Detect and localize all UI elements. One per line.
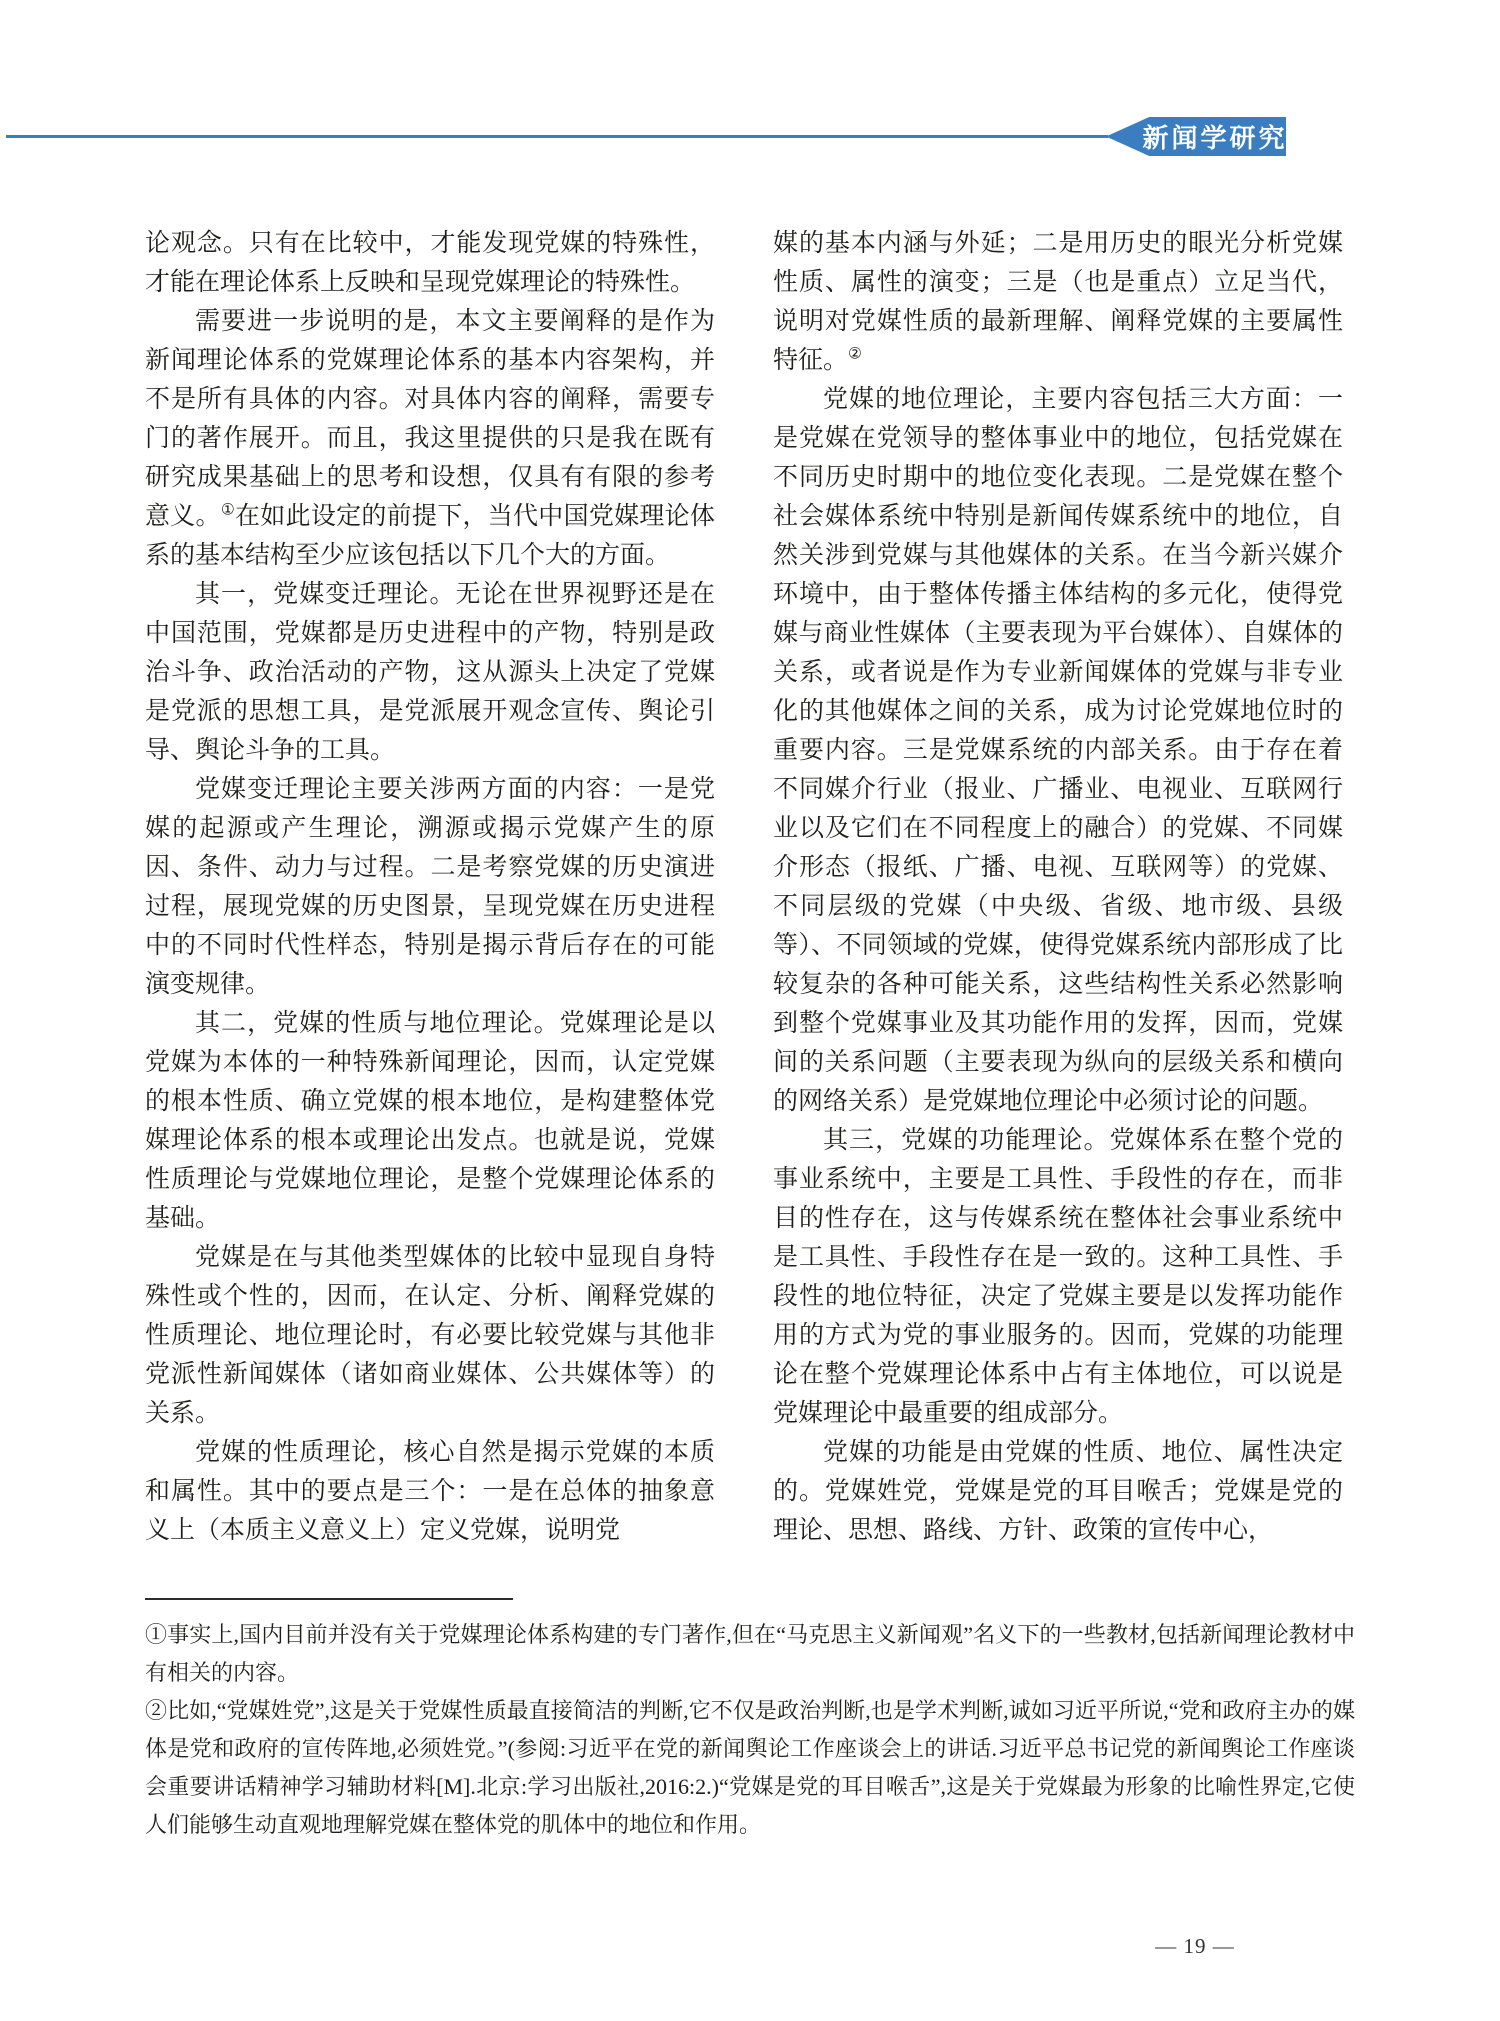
- body-paragraph: 党媒的性质理论，核心自然是揭示党媒的本质和属性。其中的要点是三个：一是在总体的抽…: [145, 1433, 715, 1550]
- right-column: 媒的基本内涵与外延；二是用历史的眼光分析党媒性质、属性的演变；三是（也是重点）立…: [773, 224, 1343, 1550]
- body-paragraph: 党媒的功能是由党媒的性质、地位、属性决定的。党媒姓党，党媒是党的耳目喉舌；党媒是…: [773, 1433, 1343, 1550]
- footnote-ref: ②: [848, 346, 862, 363]
- footnote-item: ①事实上,国内目前并没有关于党媒理论体系构建的专门著作,但在“马克思主义新闻观”…: [145, 1616, 1355, 1692]
- body-paragraph: 论观念。只有在比较中，才能发现党媒的特殊性，才能在理论体系上反映和呈现党媒理论的…: [145, 224, 715, 302]
- footnote-ref: ①: [221, 502, 235, 519]
- body-paragraph: 需要进一步说明的是，本文主要阐释的是作为新闻理论体系的党媒理论体系的基本内容架构…: [145, 302, 715, 575]
- footnotes: ①事实上,国内目前并没有关于党媒理论体系构建的专门著作,但在“马克思主义新闻观”…: [145, 1616, 1355, 1844]
- footnote-separator: [145, 1598, 513, 1600]
- section-badge-label: 新闻学研究: [1150, 117, 1280, 156]
- footnote-item: ②比如,“党媒姓党”,这是关于党媒性质最直接简洁的判断,它不仅是政治判断,也是学…: [145, 1692, 1355, 1844]
- article-body: 论观念。只有在比较中，才能发现党媒的特殊性，才能在理论体系上反映和呈现党媒理论的…: [145, 224, 1343, 1550]
- body-paragraph: 媒的基本内涵与外延；二是用历史的眼光分析党媒性质、属性的演变；三是（也是重点）立…: [773, 224, 1343, 380]
- body-paragraph: 其二，党媒的性质与地位理论。党媒理论是以党媒为本体的一种特殊新闻理论，因而，认定…: [145, 1004, 715, 1238]
- body-paragraph: 党媒的地位理论，主要内容包括三大方面：一是党媒在党领导的整体事业中的地位，包括党…: [773, 380, 1343, 1121]
- left-column: 论观念。只有在比较中，才能发现党媒的特殊性，才能在理论体系上反映和呈现党媒理论的…: [145, 224, 715, 1550]
- journal-page: 新闻学研究 论观念。只有在比较中，才能发现党媒的特殊性，才能在理论体系上反映和呈…: [0, 0, 1500, 2021]
- page-number: — 19 —: [1120, 1934, 1270, 1959]
- body-paragraph: 其一，党媒变迁理论。无论在世界视野还是在中国范围，党媒都是历史进程中的产物，特别…: [145, 575, 715, 770]
- body-paragraph: 党媒变迁理论主要关涉两方面的内容：一是党媒的起源或产生理论，溯源或揭示党媒产生的…: [145, 770, 715, 1004]
- journal-section-badge: 新闻学研究: [1106, 117, 1286, 156]
- body-paragraph: 党媒是在与其他类型媒体的比较中显现自身特殊性或个性的，因而，在认定、分析、阐释党…: [145, 1238, 715, 1433]
- header-rule: [6, 135, 1108, 138]
- body-paragraph: 其三，党媒的功能理论。党媒体系在整个党的事业系统中，主要是工具性、手段性的存在，…: [773, 1121, 1343, 1433]
